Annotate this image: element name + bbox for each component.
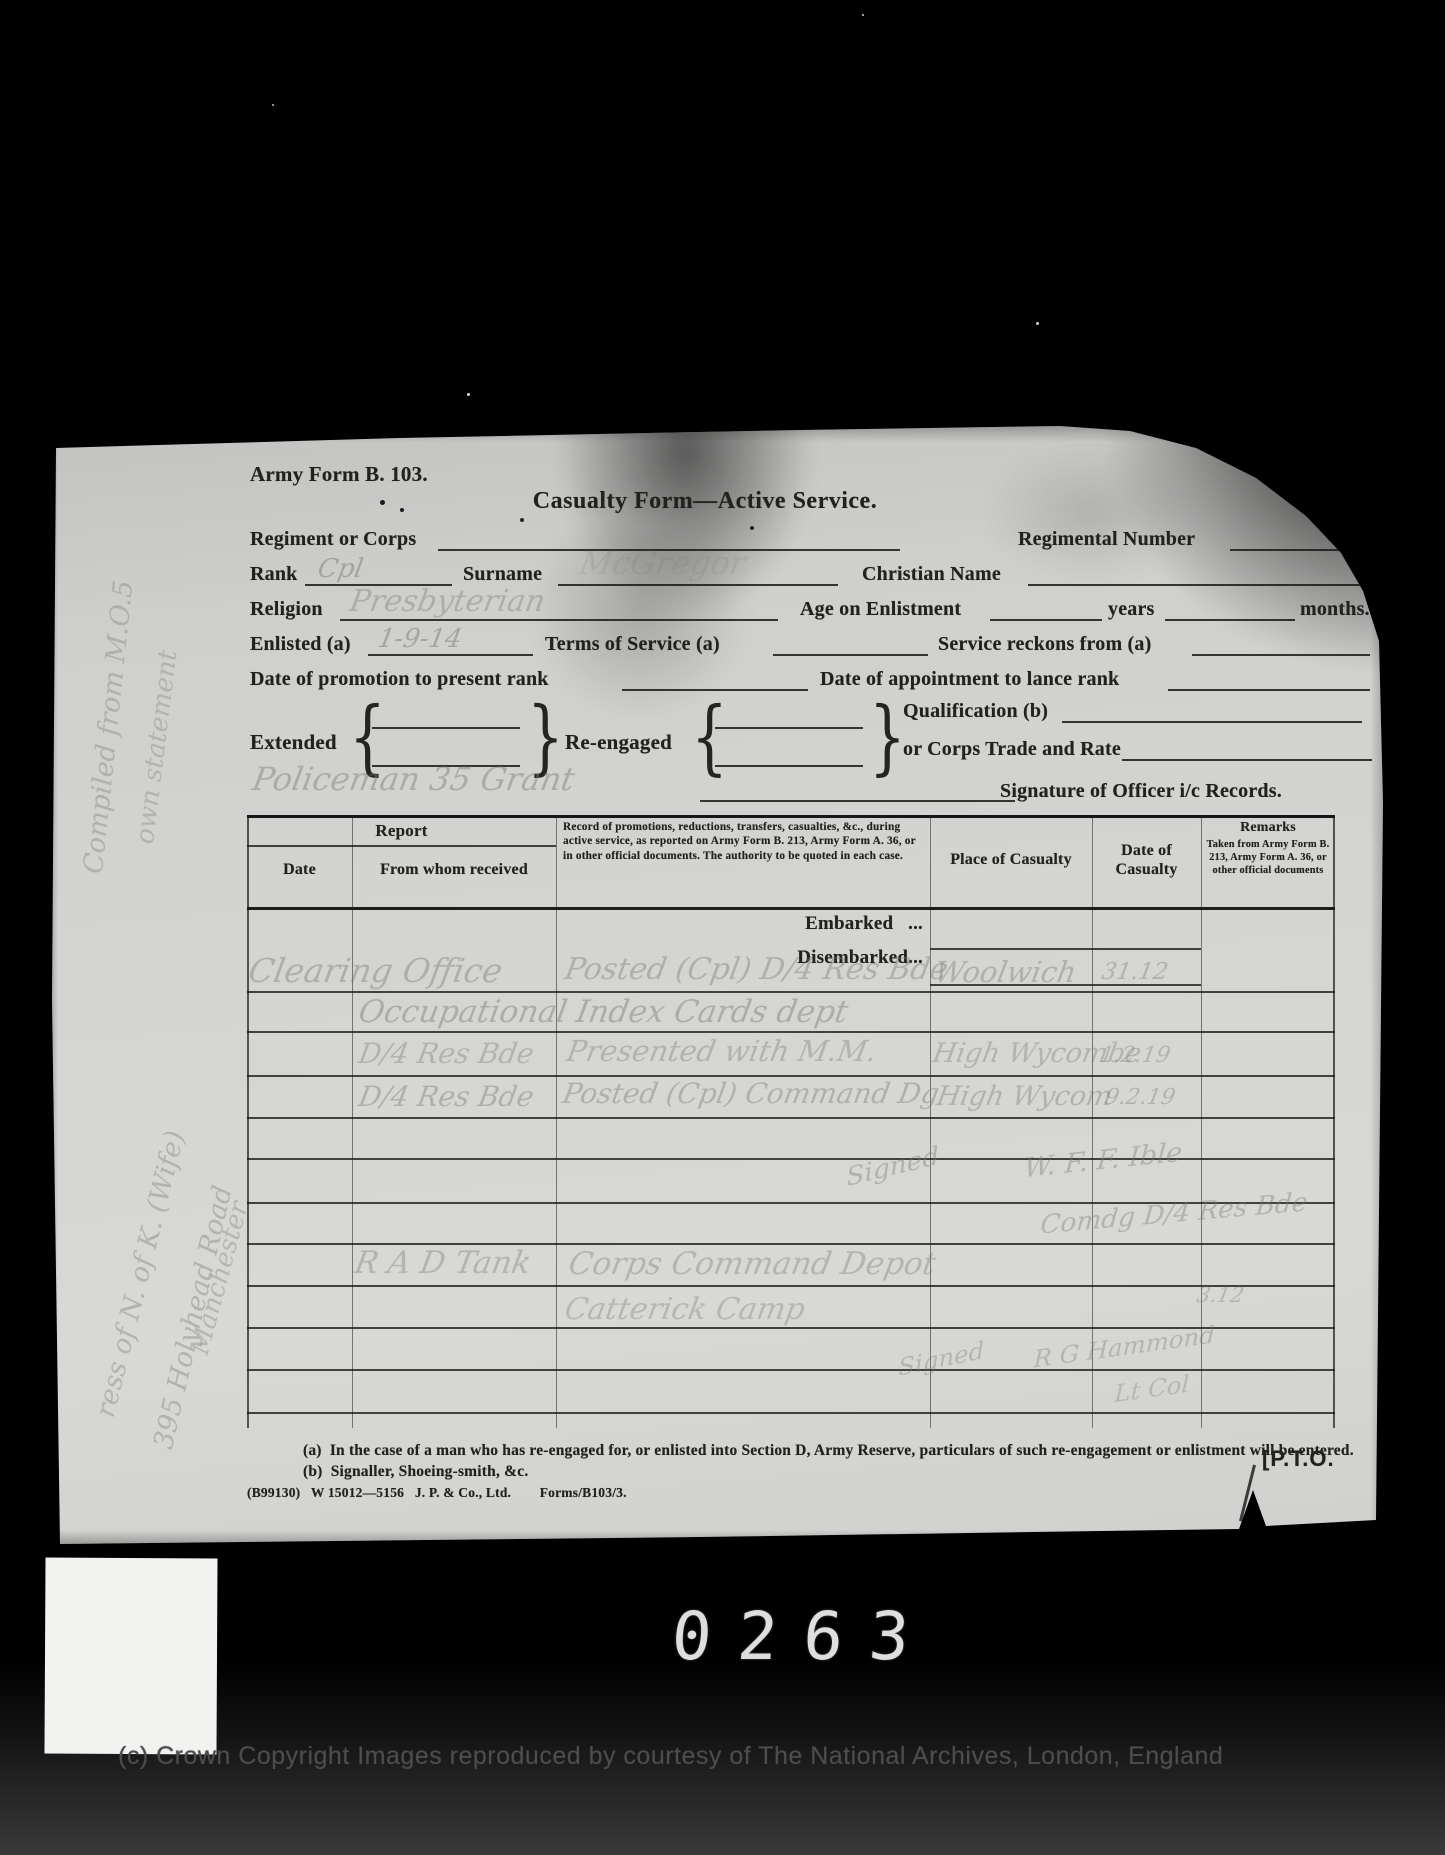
casualty-form-document: Army Form B. 103. Casualty Form—Active S… [50,422,1392,1546]
regiment-label: Regiment or Corps [250,528,416,551]
row-line [247,1285,1335,1287]
edge-shadow-top [50,422,1392,442]
edge-shadow-right [1370,422,1392,1546]
field-underline [1062,721,1362,723]
table-top-border [247,815,1335,818]
row2-record: Presented with M.M. [564,1034,879,1068]
place-of-casualty-header: Place of Casualty [930,851,1092,869]
rank-handwriting: Cpl [315,554,365,584]
pre-table-handwriting: Policeman 35 Grant [250,760,578,798]
report-header: Report [247,821,556,841]
embarked-label: Embarked ... [563,913,923,935]
service-reckons-label: Service reckons from (a) [938,633,1151,656]
paper-speck [520,518,524,522]
field-underline [1230,549,1370,551]
row7-remarks: 3.12 [1195,1283,1246,1307]
christian-name-label: Christian Name [862,563,1001,586]
date-header: Date [247,861,352,879]
row3-place: High Wycom [934,1081,1114,1112]
film-speck [862,14,864,16]
field-underline [1165,619,1295,621]
enlisted-handwriting: 1-9-14 [375,624,464,654]
field-underline [340,619,778,621]
promotion-label: Date of promotion to present rank [250,668,549,691]
age-label: Age on Enlistment [800,598,961,621]
film-speck [467,393,470,396]
months-label: months. [1300,598,1370,621]
qualification-label: Qualification (b) [903,700,1048,723]
pto-label: [P.T.O. [1262,1446,1335,1472]
row4-record: Signed [845,1141,940,1192]
form-title: Casualty Form—Active Service. [395,488,1015,515]
row0-record: Posted (Cpl) D/4 Res Bde [562,952,951,987]
film-speck [1036,322,1039,325]
casualty-table: Report Date From whom received Record of… [247,815,1335,1428]
paper-speck [750,526,754,530]
row-line [247,991,1335,993]
date-of-casualty-header: Date of Casualty [1092,841,1201,879]
signature-label: Signature of Officer i/c Records. [1000,780,1282,803]
row6-record: Corps Command Depot [566,1246,939,1282]
field-underline [1028,584,1370,586]
field-underline [990,619,1102,621]
footnote-a: (a) In the case of a man who has re-enga… [303,1442,1354,1460]
row5-place: Comdg D/4 Res Bde [1039,1188,1309,1241]
paper-speck [380,500,385,505]
extended-label: Extended [250,730,337,755]
field-underline [1192,654,1370,656]
film-speck [272,104,274,106]
remarks-subheader: Taken from Army Form B. 213, Army Form A… [1205,839,1331,878]
surname-handwriting: McGregor [577,544,749,582]
field-underline [773,654,928,656]
field-underline [1168,689,1370,691]
row2-date: 1.2.19 [1098,1043,1172,1068]
row2-from: D/4 Res Bde [356,1037,536,1070]
row3-record: Posted (Cpl) Command Dg [560,1077,942,1110]
row4-place: W. F. F. Ible [1023,1137,1183,1184]
brace-close: } [869,689,906,784]
field-underline [715,765,863,767]
row8-place: R G Hammond [1033,1321,1215,1374]
enlisted-label: Enlisted (a) [250,633,351,656]
brace-open: { [691,689,728,784]
row6-from: R A D Tank [352,1245,534,1281]
edge-shadow-bottom [50,1530,1392,1546]
lance-label: Date of appointment to lance rank [820,668,1119,691]
printers-imprint: (B99130) W 15012—5156 J. P. & Co., Ltd. … [247,1485,627,1501]
row3-from: D/4 Res Bde [356,1080,536,1113]
religion-label: Religion [250,598,323,621]
corps-trade-label: or Corps Trade and Rate [903,738,1121,761]
reengaged-label: Re-engaged [565,730,672,755]
row0-date: 31.12 [1100,959,1170,985]
row9-place: Lt Col [1114,1370,1190,1408]
terms-label: Terms of Service (a) [545,633,720,656]
row-line [247,1412,1335,1414]
surname-label: Surname [463,563,542,586]
field-underline [715,727,863,729]
film-splice-patch [44,1558,217,1755]
frame-counter: 0263 [669,1598,937,1675]
from-whom-header: From whom received [352,861,556,879]
ink-smudge [555,422,815,622]
field-underline [558,584,838,586]
regimental-number-label: Regimental Number [1018,528,1195,551]
rank-label: Rank [250,563,298,586]
microfilm-frame: Army Form B. 103. Casualty Form—Active S… [0,0,1445,1855]
tear-mark [1239,1464,1256,1521]
record-header: Record of promotions, reductions, transf… [563,820,923,863]
row-line [247,1117,1335,1119]
row3-date: 9.2.19 [1103,1085,1177,1110]
religion-handwriting: Presbyterian [347,584,548,619]
field-underline [1122,759,1372,761]
header-bottom-border [247,907,1335,910]
row1-record: Occupational Index Cards dept [356,994,851,1030]
form-code: Army Form B. 103. [250,462,428,487]
row-line [247,1031,1335,1033]
row0-from: Clearing Office [246,951,506,990]
margin-note-statement: own statement [130,648,184,845]
years-label: years [1108,598,1155,621]
field-underline [700,800,1015,802]
field-underline [368,654,533,656]
row7-record: Catterick Camp [562,1292,808,1327]
field-underline [372,727,520,729]
copyright-line: (c) Crown Copyright Images reproduced by… [118,1742,1223,1771]
footnote-b: (b) Signaller, Shoeing-smith, &c. [303,1463,528,1481]
report-underline [247,845,556,847]
embark-line [930,948,1201,950]
row8-record: Signed [898,1337,985,1382]
row-line [247,1369,1335,1371]
row0-place: Woolwich [932,955,1079,989]
edge-shadow-left [50,422,58,1546]
remarks-header: Remarks [1201,820,1335,836]
